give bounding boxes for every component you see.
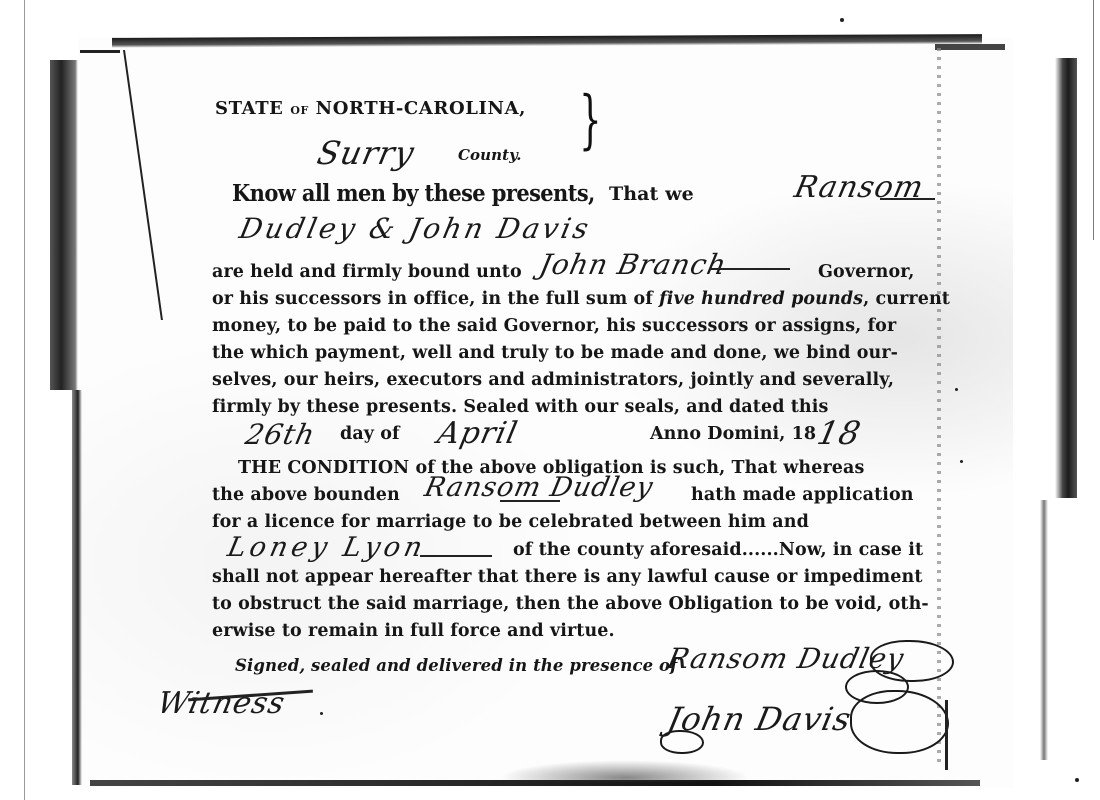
paper-smudge: [500, 760, 750, 782]
county-handwritten: Surry: [314, 134, 418, 172]
body-line-8: firmly by these presents. Sealed with ou…: [212, 397, 828, 417]
scan-speck: [320, 712, 323, 715]
bounden-name: Ransom Dudley: [422, 472, 657, 503]
county-label: County.: [458, 146, 522, 164]
date-day-handwritten: 26th: [242, 418, 318, 451]
header-brace: }: [579, 88, 601, 152]
body-line-5: money, to be paid to the said Governor, …: [212, 316, 896, 336]
handwriting-underline: [420, 555, 492, 557]
bride-name: Loney Lyon: [225, 532, 429, 563]
body-line-6: the which payment, well and truly to be …: [212, 343, 898, 363]
governor-label: Governor,: [818, 262, 914, 282]
body-line-1: Know all men by these presents, That we: [232, 180, 694, 205]
sum-amount: five hundred pounds: [659, 289, 863, 309]
date-year-handwritten: 18: [814, 414, 865, 452]
state-name: NORTH-CAROLINA,: [316, 98, 526, 119]
state-heading: STATE OF NORTH-CAROLINA,: [215, 98, 526, 119]
condition-line-2-end: hath made application: [691, 485, 914, 505]
seal-2-icon: [850, 690, 949, 754]
condition-line-3: for a licence for marriage to be celebra…: [212, 512, 809, 532]
body-line-4: or his successors in office, in the full…: [212, 289, 950, 309]
anno-domini-label: Anno Domini, 18: [650, 424, 816, 444]
governor-name: John Branch: [536, 248, 729, 281]
state-of-label: OF: [290, 104, 308, 117]
condition-heading: THE CONDITION: [238, 458, 409, 478]
scan-edge-line-right: [1093, 0, 1094, 240]
paper-edge-left-lower: [72, 390, 82, 785]
handwriting-underline: [880, 198, 935, 200]
blackletter-opening: Know all men by these presents,: [232, 179, 595, 207]
paper-edge-left: [50, 60, 78, 390]
condition-line-5: shall not appear hereafter that there is…: [212, 567, 923, 587]
condition-line-4: of the county aforesaid......Now, in cas…: [513, 540, 923, 560]
state-label: STATE: [215, 98, 284, 119]
paper-edge-right-lower: [1040, 500, 1048, 760]
day-of-label: day of: [340, 424, 400, 444]
sum-text: or his successors in office, in the full…: [212, 289, 653, 309]
date-month-handwritten: April: [434, 416, 521, 451]
paper-edge-top-right: [935, 44, 1005, 50]
body-line-3-start: are held and firmly bound unto: [212, 262, 522, 282]
handwriting-underline: [710, 268, 790, 270]
body-line-7: selves, our heirs, executors and adminis…: [212, 370, 894, 390]
condition-line-2-start: the above bounden: [212, 485, 400, 505]
condition-line-6: to obstruct the said marriage, then the …: [212, 594, 929, 614]
scan-speck: [1075, 778, 1079, 782]
seal-2-flourish-icon: [660, 730, 704, 754]
scan-speck: [960, 460, 963, 463]
handwriting-underline: [500, 500, 560, 502]
that-we-label: That we: [609, 183, 694, 205]
paper-edge-right: [1055, 58, 1077, 498]
obligors-names: Dudley & John Davis: [236, 212, 594, 245]
witness-signature: Witness: [154, 686, 288, 721]
condition-line-7: erwise to remain in full force and virtu…: [212, 621, 615, 641]
scan-speck: [955, 388, 958, 391]
scan-edge-line-left: [24, 0, 25, 800]
seal-ribbon: [945, 700, 948, 770]
scan-speck: [840, 18, 844, 22]
sum-text-end: , current: [863, 289, 950, 309]
signed-sealed-label: Signed, sealed and delivered in the pres…: [235, 656, 677, 675]
scanned-document: STATE OF NORTH-CAROLINA, Surry County. }…: [0, 0, 1100, 800]
